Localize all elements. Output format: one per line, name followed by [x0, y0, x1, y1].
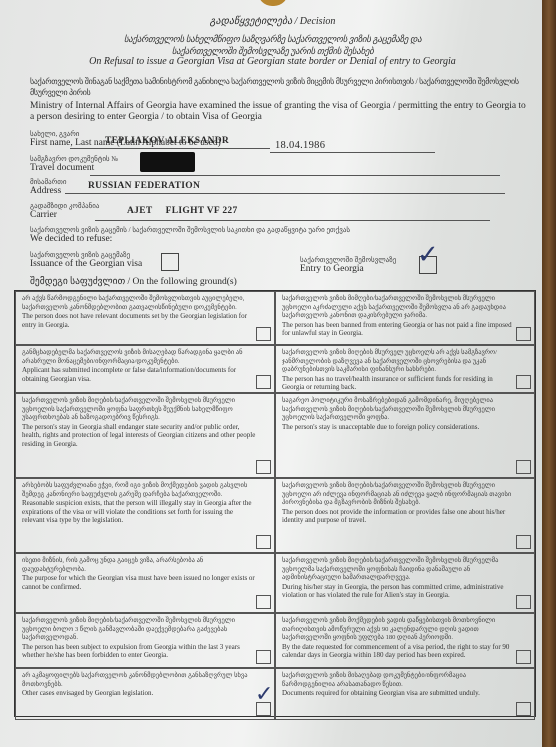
ministry-statement-english: Ministry of Internal Affairs of Georgia … [30, 101, 530, 123]
ground-checkbox[interactable] [256, 460, 271, 474]
ground-text-english: The person's stay in Georgia shall endan… [22, 423, 256, 449]
ground-item: განმცხადებელმა საქართველოს ვიზის მისაღებ… [15, 345, 275, 393]
ground-checkbox[interactable] [516, 375, 531, 389]
ground-text-georgian: საქართველოს ვიზის მიღების/საქართველოში შ… [22, 617, 256, 643]
ground-item: საგარეო პოლიტიკური მოსაზრებებიდან გამომდ… [275, 393, 535, 478]
wooden-table-edge [542, 0, 556, 747]
ground-checkbox[interactable] [256, 535, 271, 549]
ground-text-georgian: არ აკმაყოფილებს საქართველოს კანონმდებლობ… [22, 672, 256, 689]
ground-item: საქართველოს ვიზის მიღების/საქართველოში შ… [15, 613, 275, 668]
ground-item: საქართველოს ვიზის მოქმედების ვადის დაწყე… [275, 613, 535, 668]
entry-refusal-option: საქართველოში შემოსვლაზე Entry to Georgia [300, 256, 396, 274]
ground-text-english: Documents required for obtaining Georgia… [282, 689, 516, 698]
ground-item: არ აკმაყოფილებს საქართველოს კანონმდებლობ… [15, 668, 275, 720]
ground-text-georgian: არსებობს საფუძვლიანი ეჭვი, რომ იგი ვიზის… [22, 482, 256, 499]
carrier-underline [95, 220, 490, 221]
ground-text-georgian: საქართველოს ვიზის მიღების/საქართველოში შ… [282, 482, 516, 508]
ground-text-english: Other cases envisaged by Georgian legisl… [22, 689, 256, 698]
ground-text-english: The purpose for which the Georgian visa … [22, 574, 256, 591]
ground-text-english: The person does not provide the informat… [282, 508, 516, 525]
ground-checkbox[interactable] [516, 702, 531, 716]
ground-item: საქართველოს ვიზის მიმღები/საქართველოში შ… [275, 291, 535, 345]
ground-item: არ აქვს წარმოდგენილი საქართველოში შემოსვ… [15, 291, 275, 345]
ground-checkbox[interactable] [256, 650, 271, 664]
ground-item: საქართველოს ვიზის მიღების/საქართველოში შ… [15, 393, 275, 478]
ground-checkbox[interactable] [256, 595, 271, 609]
ground-item: საქართველოს ვიზის მისაღებად დოკუმენტები/… [275, 668, 535, 720]
travel-document-field: სამგზავრო დოკუმენტის № Travel document [30, 155, 118, 173]
visa-refusal-checkbox[interactable] [161, 253, 179, 271]
ground-text-georgian: ისეთი მიზნის, რის გამოც უნდა გაიცეს ვიზა… [22, 557, 256, 574]
carrier-field: გადამზიდი კომპანია Carrier [30, 202, 99, 220]
ground-text-english: The person has been subject to expulsion… [22, 643, 256, 660]
ground-item: საქართველოს ვიზის მიღების მსურველ უცხოელ… [275, 345, 535, 393]
ground-text-georgian: საქართველოს ვიზის მიღების მსურველ უცხოელ… [282, 349, 516, 375]
ground-item: არსებობს საფუძვლიანი ეჭვი, რომ იგი ვიზის… [15, 478, 275, 553]
ground-text-english: The person's stay is unacceptable due to… [282, 423, 516, 432]
ground-checkbox[interactable] [256, 702, 271, 716]
ground-text-georgian: საქართველოს ვიზის მიღების/საქართველოში შ… [282, 557, 516, 583]
ground-checkbox[interactable] [516, 650, 531, 664]
state-emblem [258, 0, 288, 6]
grounds-table: არ აქვს წარმოდგენილი საქართველოში შემოსვ… [14, 290, 536, 717]
ground-checkbox[interactable] [256, 327, 271, 341]
document-title: გადაწყვეტილება / Decision [0, 16, 545, 27]
ministry-statement-georgian: საქართველოს შინაგან საქმეთა სამინისტრომ … [30, 76, 530, 98]
carrier-label: Carrier [30, 210, 99, 220]
redacted-document-number [140, 152, 195, 172]
date-of-birth-value: 18.04.1986 [275, 140, 325, 151]
ground-text-english: Applicant has submitted incomplete or fa… [22, 366, 256, 383]
ground-text-english: During his/her stay in Georgia, the pers… [282, 583, 516, 600]
heading-georgian-1: საქართველოს სახელმწიფო საზღვარზე საქართვ… [0, 34, 545, 45]
name-underline [70, 148, 270, 149]
travel-document-underline [90, 175, 500, 176]
refusal-statement: საქართველოს ვიზის გაცემის / საქართველოში… [30, 226, 350, 244]
ground-text-english: The person has no travel/health insuranc… [282, 375, 516, 392]
heading-english: On Refusal to issue a Georgian Visa at G… [0, 56, 545, 67]
ground-text-georgian: საქართველოს ვიზის მისაღებად დოკუმენტები/… [282, 672, 516, 689]
document-paper: გადაწყვეტილება / Decision საქართველოს სა… [0, 0, 545, 747]
ground-checkbox[interactable] [256, 375, 271, 389]
address-value: RUSSIAN FEDERATION [88, 181, 200, 191]
dob-underline [270, 152, 435, 153]
ground-item: საქართველოს ვიზის მიღების/საქართველოში შ… [275, 553, 535, 613]
name-value: TEPLIAKOV ALEKSANDR [105, 136, 229, 146]
ground-checkbox[interactable] [516, 327, 531, 341]
grounds-label: შემდეგი საფუძვლით / On the following gro… [30, 276, 237, 287]
ground-text-georgian: საქართველოს ვიზის მოქმედების ვადის დაწყე… [282, 617, 516, 643]
address-underline [65, 193, 505, 194]
ground-text-english: The person has been banned from entering… [282, 321, 516, 338]
ground-text-georgian: არ აქვს წარმოდგენილი საქართველოში შემოსვ… [22, 295, 256, 312]
ground-text-georgian: საგარეო პოლიტიკური მოსაზრებებიდან გამომდ… [282, 397, 516, 423]
ground-text-georgian: საქართველოს ვიზის მიმღები/საქართველოში შ… [282, 295, 516, 321]
visa-refusal-option: საქართველოს ვიზის გაცემაზე Issuance of t… [30, 251, 142, 269]
address-label: Address [30, 186, 67, 196]
travel-document-label: Travel document [30, 163, 118, 173]
ground-text-georgian: საქართველოს ვიზის მიღების/საქართველოში შ… [22, 397, 256, 423]
address-field: მისამართი Address [30, 178, 67, 196]
ground-checkbox[interactable] [516, 460, 531, 474]
ground-item: ისეთი მიზნის, რის გამოც უნდა გაიცეს ვიზა… [15, 553, 275, 613]
carrier-value: AJET FLIGHT VF 227 [127, 206, 238, 216]
checkmark-icon: ✓ [417, 242, 439, 268]
ground-checkbox[interactable] [516, 535, 531, 549]
ground-text-georgian: განმცხადებელმა საქართველოს ვიზის მისაღებ… [22, 349, 256, 366]
ground-item: საქართველოს ვიზის მიღების/საქართველოში შ… [275, 478, 535, 553]
ground-text-english: The person does not have relevant docume… [22, 312, 256, 329]
ground-checkbox[interactable] [516, 595, 531, 609]
ground-text-english: Reasonable suspicion exists, that the pe… [22, 499, 256, 525]
ground-text-english: By the date requested for commencement o… [282, 643, 516, 660]
